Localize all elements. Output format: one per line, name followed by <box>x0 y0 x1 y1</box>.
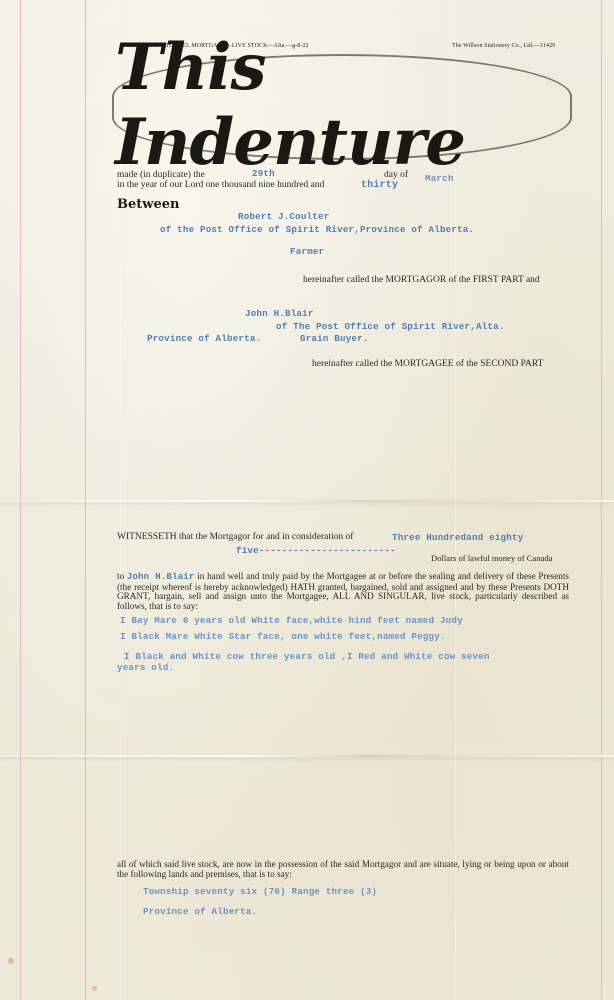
mortgagee-address-line1: of The Post Office of Spirit River,Alta. <box>276 321 505 332</box>
livestock-item: I Black and White cow three years old ,I… <box>124 651 490 662</box>
between-heading: Between <box>117 197 179 212</box>
mortgagee-role: hereinafter called the MORTGAGEE of the … <box>312 359 543 369</box>
paper-stain <box>8 958 14 964</box>
livestock-item: I Bay Mare 6 years old White face,white … <box>120 615 463 626</box>
premises-clause: all of which said live stock, are now in… <box>117 860 569 879</box>
currency-text: Dollars of lawful money of Canada <box>431 553 552 563</box>
land-description: Township seventy six (76) Range three (3… <box>143 886 377 897</box>
livestock-item: years old. <box>117 662 174 673</box>
amount-words-line2: five------------------------ <box>236 545 396 556</box>
month-value: March <box>425 173 454 184</box>
mortgagee-occupation: Grain Buyer. <box>300 333 369 344</box>
land-province: Province of Alberta. <box>143 906 257 917</box>
mortgagor-address: of the Post Office of Spirit River,Provi… <box>160 224 474 235</box>
amount-words-line1: Three Hundredand eighty <box>392 532 523 543</box>
document-page: Form No 374—CHATTEL MORTGAGE—LIVE STOCK—… <box>0 0 614 1000</box>
grant-clause: to John H.Blair in hand well and truly p… <box>117 572 569 611</box>
livestock-item: I Black Mare White Star face, one white … <box>120 631 446 642</box>
day-value: 29th <box>252 168 275 179</box>
mortgagee-name: John H.Blair <box>245 308 314 319</box>
paper-fold <box>0 500 614 502</box>
mortgagor-occupation: Farmer <box>290 246 324 257</box>
witnesseth-lead: WITNESSETH that the Mortgagor for and in… <box>117 532 353 542</box>
to-label: to <box>117 571 124 581</box>
year-label: in the year of our Lord one thousand nin… <box>117 180 324 190</box>
document-title: This Indenture <box>115 52 565 157</box>
mortgagor-role: hereinafter called the MORTGAGOR of the … <box>303 275 540 285</box>
year-value: thirty <box>361 180 398 191</box>
day-of-label: day of <box>384 170 408 180</box>
payee-name: John H.Blair <box>127 572 195 582</box>
mortgagee-address-line2: Province of Alberta. <box>147 333 261 344</box>
made-label: made (in duplicate) the <box>117 170 205 180</box>
paper-stain <box>92 986 97 991</box>
paper-fold <box>0 755 614 757</box>
mortgagor-name: Robert J.Coulter <box>238 211 329 222</box>
